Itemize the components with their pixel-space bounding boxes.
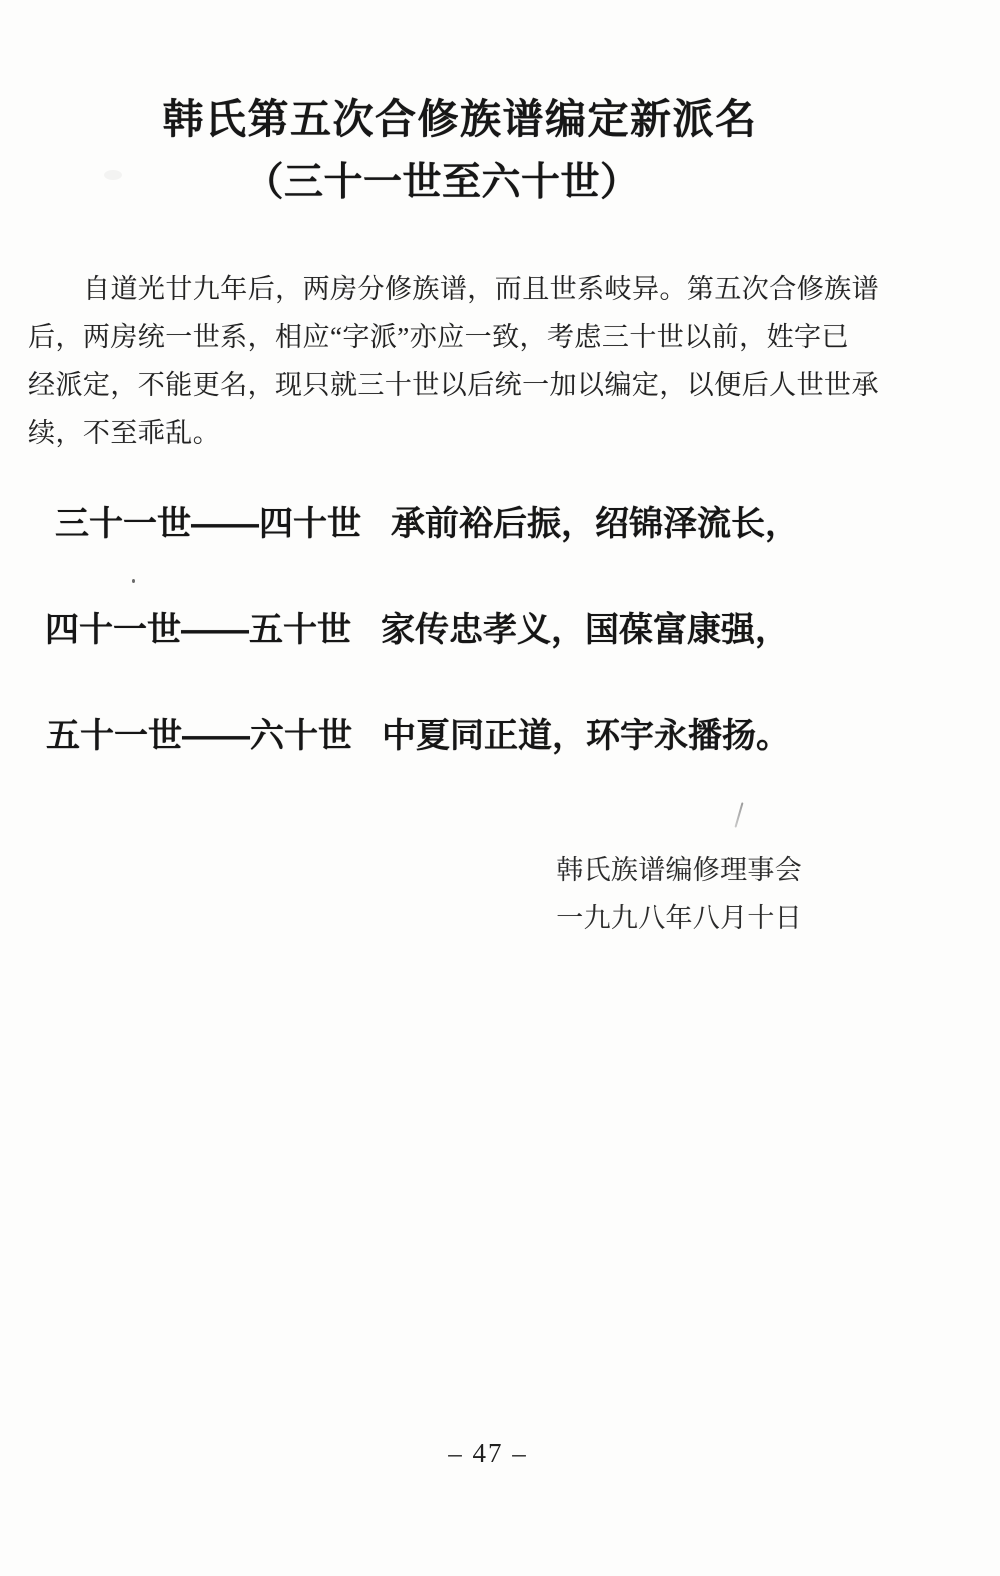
generation-phrase: 中夏同正道，环宇永播扬。	[382, 717, 790, 755]
intro-paragraph: 自道光廿九年后，两房分修族谱，而且世系岐异。第五次合修族谱 后，两房统一世系，相…	[28, 265, 884, 457]
paragraph-line: 自道光廿九年后，两房分修族谱，而且世系岐异。第五次合修族谱	[28, 265, 884, 313]
paragraph-line: 经派定，不能更名，现只就三十世以后统一加以编定，以便后人世世承	[28, 361, 884, 409]
generation-phrase: 家传忠孝义，国葆富康强，	[381, 611, 789, 649]
signature-organization: 韩氏族谱编修理事会	[556, 846, 802, 894]
generation-line: 五十一世——六十世中夏同正道，环宇永播扬。	[46, 708, 790, 757]
paragraph-line: 续，不至乖乱。	[28, 409, 884, 457]
scanned-document-page: 韩氏第五次合修族谱编定新派名 （三十一世至六十世） 自道光廿九年后，两房分修族谱…	[0, 0, 1000, 1576]
generation-range: 三十一世——四十世	[55, 505, 361, 543]
signature-block: 韩氏族谱编修理事会 一九九八年八月十日	[556, 846, 802, 942]
generation-range: 五十一世——六十世	[46, 717, 352, 755]
generation-phrase: 承前裕后振，绍锦泽流长，	[391, 505, 799, 543]
scan-smudge-artifact	[104, 170, 122, 180]
paragraph-line: 后，两房统一世系，相应“字派”亦应一致，考虑三十世以前，姓字已	[28, 313, 884, 361]
page-number: – 47 –	[0, 1438, 988, 1469]
document-subtitle: （三十一世至六十世）	[0, 151, 902, 207]
content-column: 韩氏第五次合修族谱编定新派名 （三十一世至六十世） 自道光廿九年后，两房分修族谱…	[0, 0, 920, 1576]
signature-date: 一九九八年八月十日	[556, 894, 802, 942]
generation-line: 四十一世——五十世家传忠孝义，国葆富康强，	[45, 602, 789, 651]
generation-line: 三十一世——四十世承前裕后振，绍锦泽流长，	[55, 496, 799, 545]
scan-speck-artifact	[132, 579, 135, 583]
document-title: 韩氏第五次合修族谱编定新派名	[0, 86, 920, 145]
generation-range: 四十一世——五十世	[45, 611, 351, 649]
